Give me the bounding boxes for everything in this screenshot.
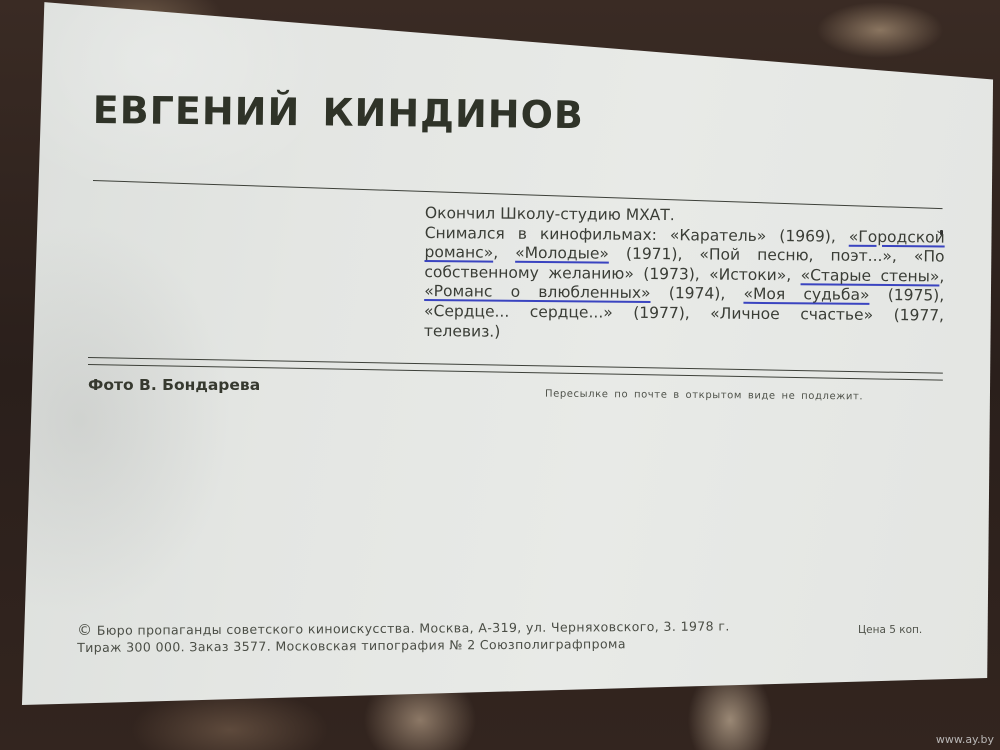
biography-block: Окончил Школу-студию МХАТ. Снимался в ки… (424, 204, 945, 346)
film-title: «Сердце... сердце...» (424, 302, 613, 322)
film-title: «Романс о влюбленных» (424, 282, 651, 302)
film-title: «Пой песню, поэт...» (699, 246, 892, 266)
film-title: «Молодые» (515, 244, 609, 263)
copyright-icon: © (77, 621, 93, 639)
publisher-footer: © Бюро пропаганды советского киноискусст… (77, 617, 730, 656)
site-watermark: www.ay.by (936, 733, 994, 746)
price-label: Цена 5 коп. (858, 624, 922, 636)
actor-name-heading: ЕВГЕНИЙ КИНДИНОВ (93, 88, 585, 137)
film-title: «Истоки» (709, 265, 786, 284)
publisher-info: Бюро пропаганды советского киноискусства… (97, 618, 730, 637)
film-title: «Каратель» (670, 226, 767, 245)
photo-credit: Фото В. Бондарева (88, 376, 260, 394)
bio-filmography: Снимался в кинофильмах: «Каратель» (1969… (424, 224, 945, 346)
film-title: «Моя судьба» (743, 285, 869, 304)
film-title: «Старые стены» (801, 266, 940, 285)
film-title: «Личное счастье» (710, 304, 873, 323)
